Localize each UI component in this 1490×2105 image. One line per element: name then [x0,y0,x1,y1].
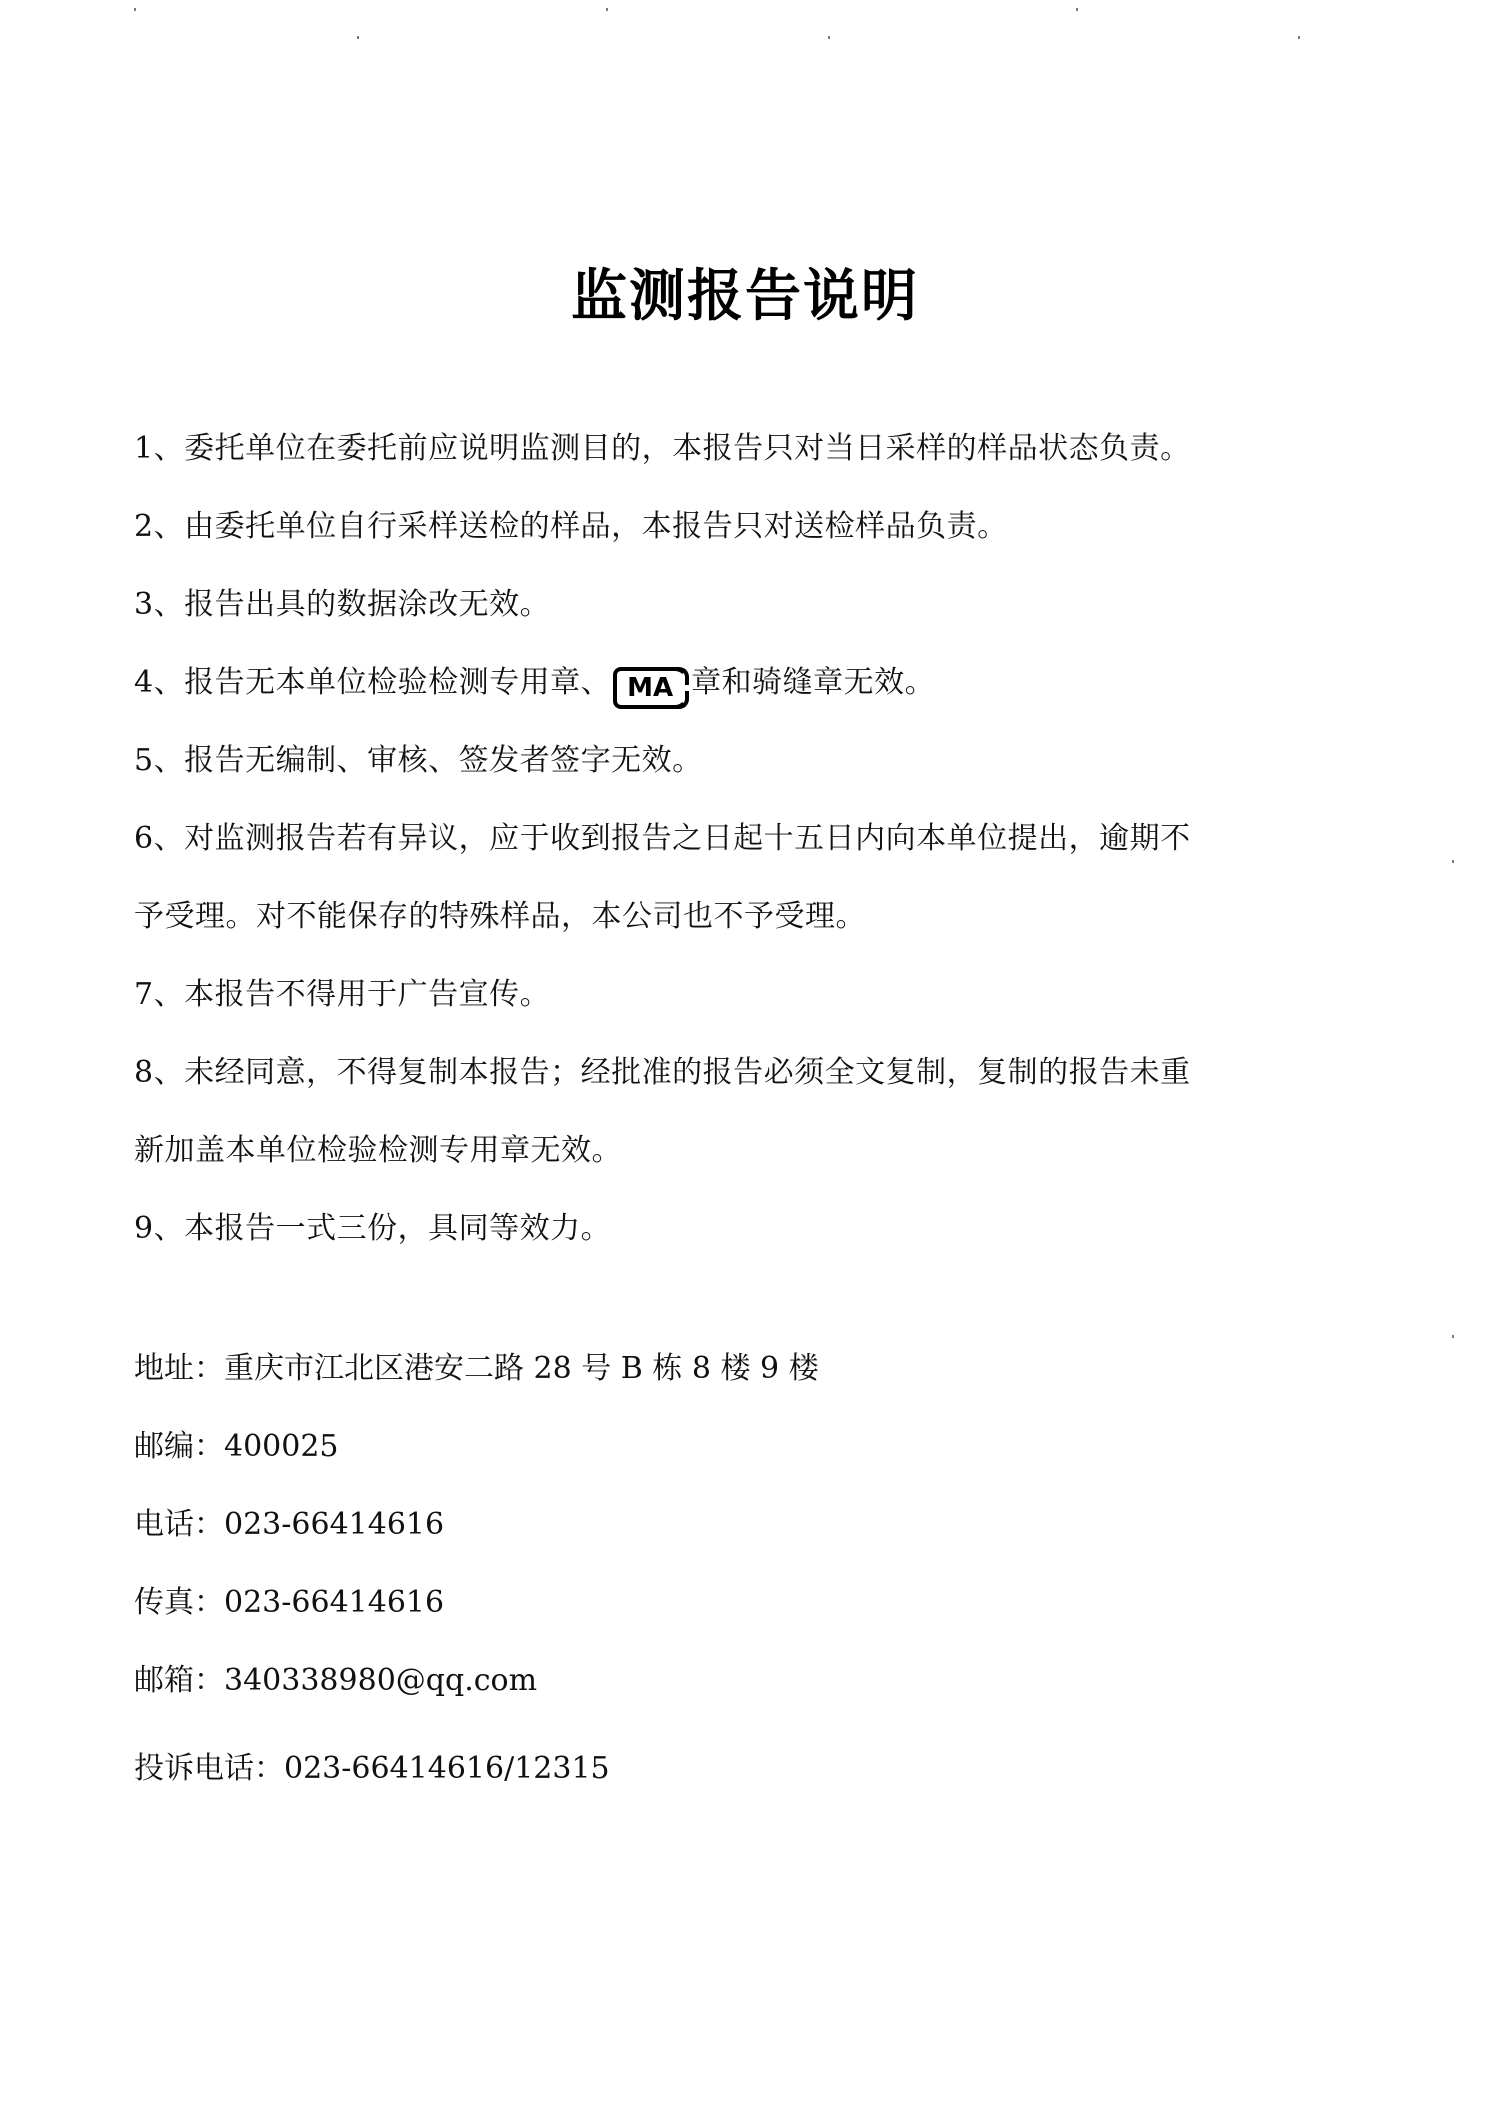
note-text: 本报告不得用于广告宣传。 [184,977,550,1012]
note-item-6: 6、对监测报告若有异议，应于收到报告之日起十五日内向本单位提出，逾期不 [134,800,1340,878]
note-item-6-continuation: 予受理。对不能保存的特殊样品，本公司也不予受理。 [134,878,1340,956]
scan-speck [1076,8,1078,11]
scan-speck [1452,1335,1454,1338]
postcode-value: 400025 [224,1429,339,1464]
contact-info: 地址：重庆市江北区港安二路 28 号 B 栋 8 楼 9 楼 邮编：400025… [134,1330,1340,1720]
address-line: 地址：重庆市江北区港安二路 28 号 B 栋 8 楼 9 楼 [134,1330,1340,1408]
note-item-1: 1、委托单位在委托前应说明监测目的，本报告只对当日采样的样品状态负责。 [134,410,1340,488]
cma-mark-icon: MA [613,667,689,709]
fax-label: 传真： [134,1585,224,1620]
phone-line: 电话：023-66414616 [134,1486,1340,1564]
note-text: 报告出具的数据涂改无效。 [184,587,550,622]
scan-speck [828,36,830,39]
note-item-5: 5、报告无编制、审核、签发者签字无效。 [134,722,1340,800]
note-number: 4、 [134,665,184,700]
note-item-8: 8、未经同意，不得复制本报告；经批准的报告必须全文复制，复制的报告未重 [134,1034,1340,1112]
note-number: 7、 [134,977,184,1012]
note-text: 报告无本单位检验检测专用章、 [184,665,611,700]
scan-speck [1298,36,1300,39]
note-text: 由委托单位自行采样送检的样品，本报告只对送检样品负责。 [184,509,1008,544]
note-number: 3、 [134,587,184,622]
phone-label: 电话： [134,1507,224,1542]
note-item-3: 3、报告出具的数据涂改无效。 [134,566,1340,644]
page-title: 监测报告说明 [0,252,1490,332]
note-item-8-continuation: 新加盖本单位检验检测专用章无效。 [134,1112,1340,1190]
fax-value: 023-66414616 [224,1585,444,1620]
postcode-label: 邮编： [134,1429,224,1464]
note-number: 9、 [134,1211,184,1246]
fax-line: 传真：023-66414616 [134,1564,1340,1642]
note-number: 1、 [134,431,184,466]
postcode-line: 邮编：400025 [134,1408,1340,1486]
scan-speck [357,36,359,39]
note-text: 本报告一式三份，具同等效力。 [184,1211,611,1246]
note-item-9: 9、本报告一式三份，具同等效力。 [134,1190,1340,1268]
note-item-7: 7、本报告不得用于广告宣传。 [134,956,1340,1034]
note-text: 对监测报告若有异议，应于收到报告之日起十五日内向本单位提出，逾期不 [184,821,1191,856]
notes-list: 1、委托单位在委托前应说明监测目的，本报告只对当日采样的样品状态负责。 2、由委… [134,410,1340,1268]
email-value: 340338980@qq.com [224,1663,537,1698]
phone-value: 023-66414616 [224,1507,444,1542]
note-number: 6、 [134,821,184,856]
note-text: 委托单位在委托前应说明监测目的，本报告只对当日采样的样品状态负责。 [184,431,1191,466]
email-label: 邮箱： [134,1663,224,1698]
address-label: 地址： [134,1351,224,1386]
scan-speck [134,8,136,11]
note-text: 章和骑缝章无效。 [691,665,935,700]
note-item-4: 4、报告无本单位检验检测专用章、MA章和骑缝章无效。 [134,644,1340,722]
email-line: 邮箱：340338980@qq.com [134,1642,1340,1720]
scan-speck [606,8,608,11]
scan-speck [1452,860,1454,863]
note-number: 2、 [134,509,184,544]
note-number: 5、 [134,743,184,778]
address-value: 重庆市江北区港安二路 28 号 B 栋 8 楼 9 楼 [224,1351,819,1386]
complaint-value: 023-66414616/12315 [284,1751,610,1786]
note-item-2: 2、由委托单位自行采样送检的样品，本报告只对送检样品负责。 [134,488,1340,566]
note-text: 报告无编制、审核、签发者签字无效。 [184,743,703,778]
complaint-phone-line: 投诉电话：023-66414616/12315 [134,1730,610,1808]
note-number: 8、 [134,1055,184,1090]
note-text: 未经同意，不得复制本报告；经批准的报告必须全文复制，复制的报告未重 [184,1055,1191,1090]
complaint-label: 投诉电话： [134,1751,284,1786]
